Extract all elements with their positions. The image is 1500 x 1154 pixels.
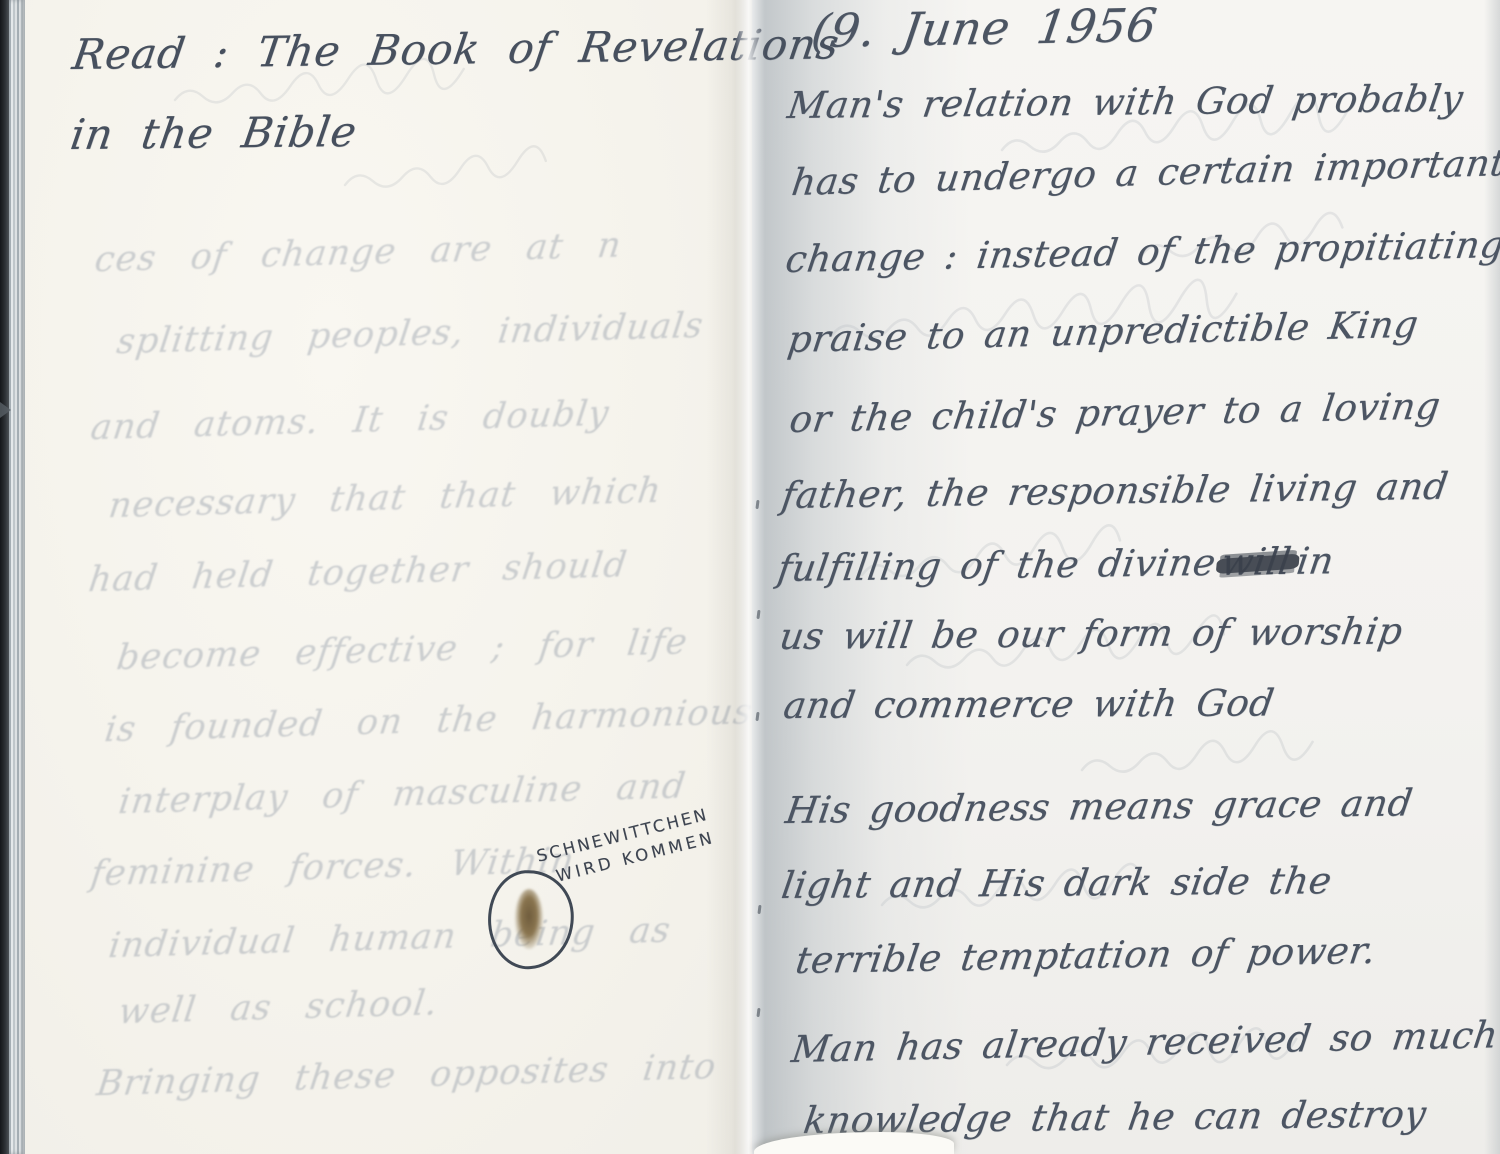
line-text: fulfilling of the divine <box>775 541 1219 590</box>
right-page: (9. June 1956 Man's relation with God pr… <box>752 0 1500 1154</box>
diary-line: and commerce with God <box>781 681 1277 727</box>
diary-line: light and His dark side the <box>779 859 1335 907</box>
heading-line: in the Bible <box>67 107 360 159</box>
diary-line: His goodness means grace and <box>783 781 1416 832</box>
notebook-spread: Read : The Book of Revelations in the Bi… <box>0 0 1500 1154</box>
brown-stain <box>515 889 543 949</box>
stacked-page-edges <box>9 0 25 1154</box>
line-text: in <box>1294 539 1337 583</box>
heading-line: Read : The Book of Revelations <box>69 19 842 79</box>
gutter-fold-highlight <box>735 0 765 1154</box>
diary-line: us will be our form of worship <box>777 610 1406 658</box>
diary-line: Man's relation with God probably <box>785 77 1466 127</box>
left-page: Read : The Book of Revelations in the Bi… <box>25 0 752 1154</box>
diary-line-with-strikethrough: fulfilling of the divinewillin <box>775 539 1337 590</box>
book-cover-edge <box>0 0 9 1154</box>
diary-date: (9. June 1956 <box>808 0 1160 58</box>
page-edge-notch <box>0 402 11 418</box>
struck-word: will <box>1219 540 1295 584</box>
